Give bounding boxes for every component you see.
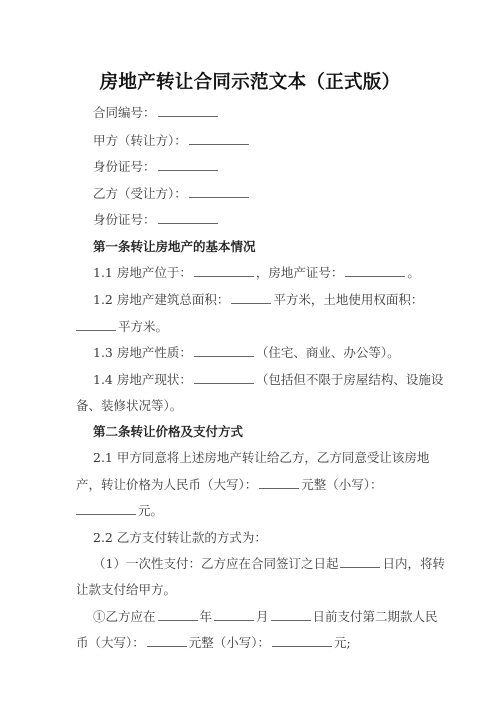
document-title: 房地产转让合同示范文本（正式版） — [0, 68, 500, 94]
field-label: 合同编号： — [93, 105, 156, 120]
payment-once-cont: 让款支付给甲方。 — [76, 580, 176, 598]
clause-1-2: 1.2 房地产建筑总面积：平方米，土地使用权面积： — [93, 290, 423, 308]
clause-1-4: 1.4 房地产现状：（包括但不限于房屋结构、设施设 — [93, 370, 443, 388]
blank-line — [194, 373, 254, 384]
party-b-field: 乙方（受让方）： — [93, 184, 251, 202]
payment-once: （1）一次性支付：乙方应在合同签订之日起日内，将转 — [93, 554, 445, 572]
blank-line — [231, 293, 271, 304]
text: 月 — [256, 609, 269, 624]
blank-line — [147, 636, 187, 647]
party-b-id-field: 身份证号： — [93, 210, 220, 228]
party-a-id-field: 身份证号： — [93, 157, 220, 175]
blank-line — [340, 557, 380, 568]
blank-line — [194, 266, 254, 277]
contract-number-field: 合同编号： — [93, 103, 220, 121]
blank-line — [189, 134, 249, 145]
party-a-field: 甲方（转让方）： — [93, 131, 251, 149]
payment-installment-cont: 币（大写）：元整（小写）：元; — [76, 633, 351, 651]
blank-line — [271, 610, 311, 621]
text: ，房地产证号： — [256, 265, 344, 280]
text: 平方米，土地使用权面积： — [273, 292, 423, 307]
text: 1.2 房地产建筑总面积： — [93, 292, 229, 307]
text: 币（大写）： — [76, 635, 145, 650]
text: （住宅、商业、办公等）。 — [256, 345, 400, 360]
text: 1.4 房地产现状： — [93, 372, 192, 387]
blank-line — [345, 266, 405, 277]
payment-installment: ①乙方应在年月日前支付第二期款人民 — [93, 607, 438, 625]
text: 平方米。 — [118, 319, 168, 334]
text: （包括但不限于房屋结构、设施设 — [256, 372, 444, 387]
blank-line — [158, 610, 198, 621]
clause-2-1-end: 元。 — [76, 501, 163, 519]
text: 。 — [407, 265, 420, 280]
blank-line — [158, 106, 218, 117]
section-1-heading: 第一条转让房地产的基本情况 — [93, 237, 256, 255]
field-label: 身份证号： — [93, 159, 156, 174]
clause-1-2-cont: 平方米。 — [76, 317, 168, 335]
field-label: 甲方（转让方）： — [93, 133, 187, 148]
blank-line — [259, 478, 299, 489]
field-label: 身份证号： — [93, 212, 156, 227]
text: 1.3 房地产性质： — [93, 345, 192, 360]
text: 年 — [200, 609, 213, 624]
section-2-heading: 第二条转让价格及支付方式 — [93, 422, 243, 440]
text: 日前支付第二期款人民 — [313, 609, 438, 624]
blank-line — [76, 320, 116, 331]
text: 产，转让价格为人民币（大写）： — [76, 477, 257, 492]
text: 日内，将转 — [382, 556, 445, 571]
text: 1.1 房地产位于： — [93, 265, 192, 280]
field-label: 乙方（受让方）： — [93, 186, 187, 201]
clause-1-3: 1.3 房地产性质：（住宅、商业、办公等）。 — [93, 343, 400, 361]
blank-line — [272, 636, 332, 647]
clause-2-1-cont: 产，转让价格为人民币（大写）：元整（小写）： — [76, 475, 383, 493]
blank-line — [158, 160, 218, 171]
blank-line — [214, 610, 254, 621]
clause-2-2: 2.2 乙方支付转让款的方式为： — [93, 528, 267, 546]
clause-2-1: 2.1 甲方同意将上述房地产转让给乙方，乙方同意受让该房地 — [93, 448, 429, 466]
text: 元整（小写）： — [189, 635, 270, 650]
blank-line — [194, 346, 254, 357]
text: 元整（小写）： — [301, 477, 382, 492]
blank-line — [189, 187, 249, 198]
text: ①乙方应在 — [93, 609, 156, 624]
text: （1）一次性支付：乙方应在合同签订之日起 — [93, 556, 338, 571]
text: 元; — [334, 635, 351, 650]
clause-1-1: 1.1 房地产位于：，房地产证号：。 — [93, 263, 420, 281]
blank-line — [76, 504, 136, 515]
blank-line — [158, 213, 218, 224]
text: 元。 — [138, 503, 163, 518]
clause-1-4-cont: 备、装修状况等）。 — [76, 396, 182, 414]
